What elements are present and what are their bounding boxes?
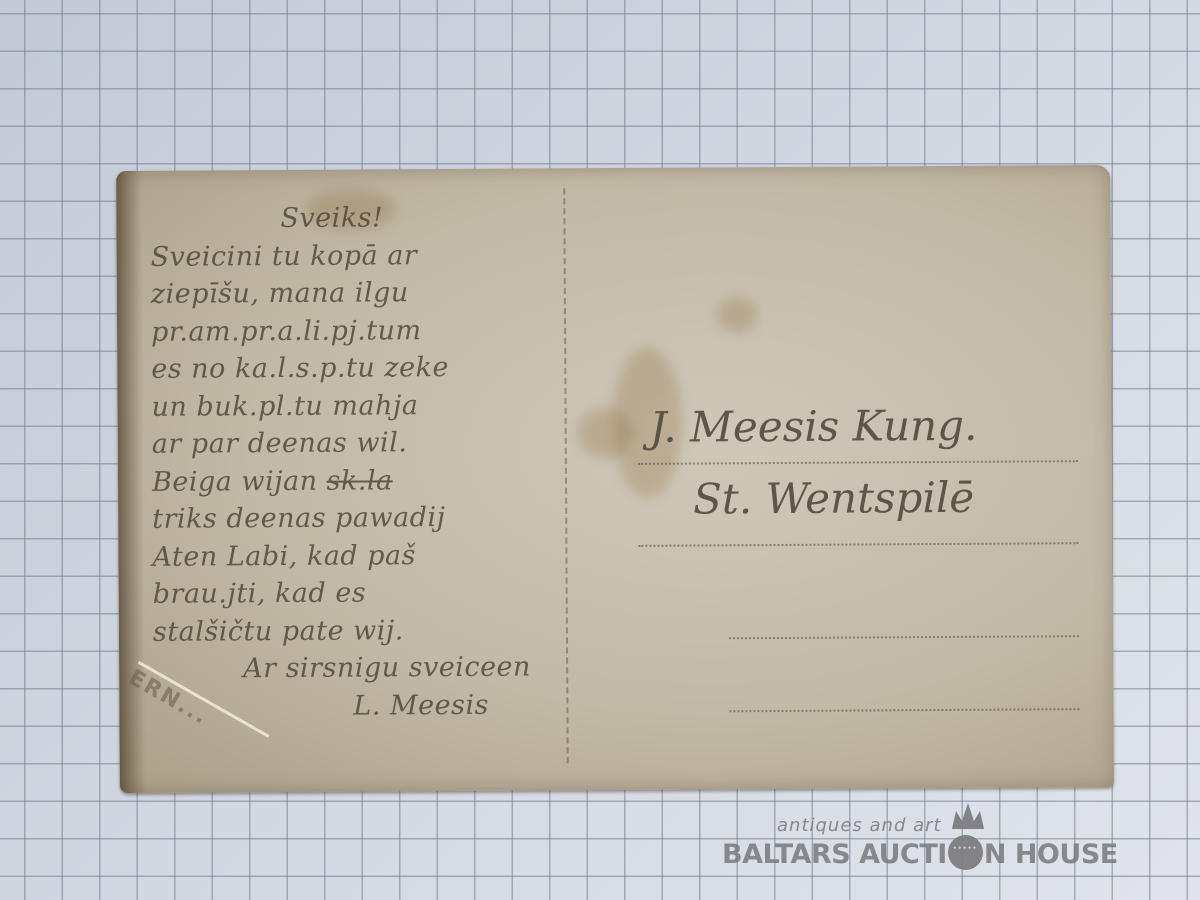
- message-line: triks deenas pawadij: [152, 498, 582, 538]
- message-line: Sveicini tu kopā ar: [151, 236, 581, 276]
- message-line: brau.jti, kad es: [153, 573, 583, 613]
- water-stain: [578, 408, 633, 458]
- handwritten-message: Sveiks! Sveicini tu kopā ar ziepīšu, man…: [150, 198, 583, 726]
- message-line-text: Beiga wijan: [152, 465, 318, 497]
- postcard: Sveiks! Sveicini tu kopā ar ziepīšu, man…: [116, 165, 1114, 793]
- message-greeting: Sveiks!: [150, 198, 580, 238]
- watermark-name: BALTARS AUCTIN HOUSE: [722, 835, 1118, 870]
- message-line: es no ka.l.s.p.tu zeke: [151, 348, 581, 388]
- orb-icon: [948, 835, 983, 870]
- address-blank-line: [729, 708, 1079, 712]
- address-recipient: J. Meesis Kung.: [637, 390, 1077, 465]
- auction-house-watermark: antiques and art BALTARS AUCTIN HOUSE: [722, 805, 1122, 875]
- water-stain: [717, 297, 757, 332]
- message-line: un buk.pl.tu mahja: [151, 386, 581, 426]
- watermark-name-part2: N HOUSE: [984, 839, 1118, 870]
- address-blank-line: [729, 635, 1079, 639]
- address-block: J. Meesis Kung. St. Wentspilē: [637, 390, 1078, 547]
- message-line: stalšičtu pate wij.: [153, 611, 583, 651]
- address-city: St. Wentspilē: [638, 462, 1078, 547]
- crown-icon: [950, 803, 986, 831]
- watermark-name-part1: BALTARS AUCTI: [722, 839, 947, 870]
- message-line: Aten Labi, kad paš: [152, 536, 582, 576]
- message-line: pr.am.pr.a.li.pj.tum: [151, 311, 581, 351]
- message-line: Ar sirsnigu sveiceen: [153, 648, 583, 688]
- watermark-tagline: antiques and art: [777, 815, 942, 836]
- message-line: Beiga wijan sk.la: [152, 461, 582, 501]
- message-line: ziepīšu, mana ilgu: [151, 273, 581, 313]
- struck-word: sk.la: [327, 465, 393, 496]
- message-line: ar par deenas wil.: [152, 423, 582, 463]
